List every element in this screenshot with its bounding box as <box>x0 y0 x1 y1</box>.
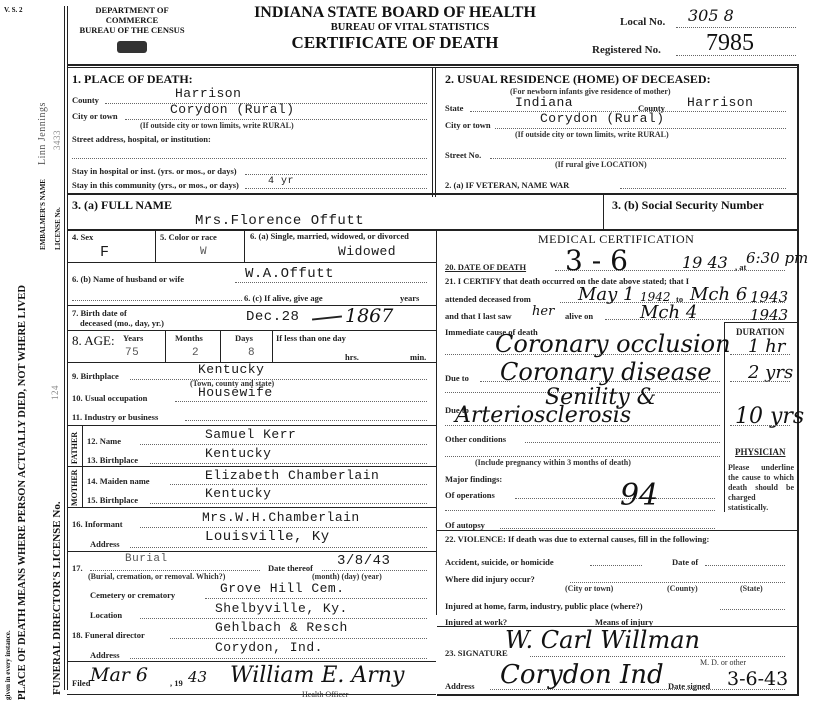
form-code: V. S. 2 <box>4 6 23 14</box>
health-officer-signature[interactable]: William E. Arny <box>230 663 404 688</box>
center-divider <box>436 230 437 615</box>
bottom-rule-left <box>67 694 436 695</box>
race-divider <box>244 230 245 262</box>
mother-bp-label: 15. Birthplace <box>87 495 138 505</box>
burial-num: 17. <box>72 563 83 573</box>
father-mother-divider <box>67 466 436 467</box>
funeral-director-license-label: FUNERAL DIRECTOR'S LICENSE No. <box>51 501 63 695</box>
ssn-label: 3. (b) Social Security Number <box>612 198 764 213</box>
birth-date-value[interactable]: Dec.28 <box>246 309 299 325</box>
census-seal-icon <box>117 41 147 53</box>
signature-label: 23. SIGNATURE <box>445 648 508 658</box>
sex-label: 4. Sex <box>72 232 93 242</box>
industry-label: 11. Industry or business <box>72 412 158 422</box>
immediate-dur-line <box>730 354 790 355</box>
burial-date-value[interactable]: 3/8/43 <box>337 553 390 569</box>
pod-city-line <box>125 119 427 120</box>
due2-line <box>445 425 720 426</box>
less-than-day-label: If less than one day <box>276 333 346 343</box>
center-divider-top <box>432 67 433 197</box>
right-border <box>797 64 799 694</box>
where-injury-label: Where did injury occur? <box>445 574 535 584</box>
birth-date-label-1: 7. Birth date of <box>72 308 127 318</box>
informant-address-line <box>130 547 427 548</box>
location-line <box>140 618 427 619</box>
dept-line2: BUREAU OF THE CENSUS <box>72 25 192 35</box>
pod-street-label: Street address, hospital, or institution… <box>72 134 211 144</box>
pod-stay-comm-label: Stay in this community (yrs., or mos., o… <box>72 180 239 190</box>
row-rule-filed <box>67 661 436 662</box>
father-name-line <box>140 444 427 445</box>
pod-city-value[interactable]: Corydon (Rural) <box>170 102 295 117</box>
veteran-line <box>620 188 786 189</box>
res-street-label: Street No. <box>445 150 481 160</box>
embalmer-name-label: EMBALMER'S NAME <box>39 179 47 250</box>
spouse-age-label: 6. (c) If alive, give age <box>244 293 323 303</box>
where-state-note: (State) <box>740 584 763 593</box>
registered-no-value: 7985 <box>706 30 754 57</box>
min-label: min. <box>410 352 426 362</box>
spouse-line2 <box>72 300 242 301</box>
veteran-label: 2. (a) IF VETERAN, NAME WAR <box>445 180 569 190</box>
signature-line <box>530 656 785 657</box>
registered-no-label: Registered No. <box>592 44 661 56</box>
informant-label: 16. Informant <box>72 519 123 529</box>
margin-instruction-small: given in every instance. <box>4 630 12 700</box>
full-name-value[interactable]: Mrs.Florence Offutt <box>195 213 364 229</box>
last-saw-pronoun[interactable]: her <box>532 304 554 319</box>
header-rule <box>67 64 797 66</box>
physician-signature[interactable]: W. Carl Willman <box>505 626 700 654</box>
spouse-years-label: years <box>400 293 419 303</box>
burial-date-note: (month) (day) (year) <box>312 572 382 581</box>
local-no-line <box>676 27 796 28</box>
margin-instruction-text: PLACE OF DEATH MEANS WHERE PERSON ACTUAL… <box>17 285 28 700</box>
death-date-value[interactable]: 3 - 6 <box>565 244 628 277</box>
violence-date-label: Date of <box>672 557 698 567</box>
spouse-label: 6. (b) Name of husband or wife <box>72 274 184 284</box>
bureau-title: BUREAU OF VITAL STATISTICS <box>280 22 540 33</box>
marital-value[interactable]: Widowed <box>338 244 396 259</box>
father-bp-line <box>150 463 427 464</box>
last-saw-date[interactable]: Mch 4 <box>640 302 697 323</box>
place-of-death-heading: 1. PLACE OF DEATH: <box>72 72 193 87</box>
where-city-note: (City or town) <box>565 584 613 593</box>
bottom-rule <box>437 694 799 696</box>
death-date-label: 20. DATE OF DEATH <box>445 262 526 272</box>
operations-line2 <box>445 510 715 511</box>
filed-label: Filed <box>72 678 90 688</box>
mother-bp-value[interactable]: Kentucky <box>205 486 271 501</box>
burial-method-value[interactable]: Burial <box>125 553 168 565</box>
margin-border <box>64 6 65 690</box>
where-injury-line <box>570 582 785 583</box>
date-signed-value[interactable]: 3-6-43 <box>727 668 788 690</box>
filed-date[interactable]: Mar 6 <box>90 664 148 686</box>
res-county-value[interactable]: Harrison <box>687 95 753 110</box>
attended-to-year[interactable]: 1943 <box>750 288 788 306</box>
duration-box-top <box>724 322 797 323</box>
row-rule-8 <box>67 330 436 331</box>
physician-address-value[interactable]: Corydon Ind <box>500 660 664 690</box>
father-name-label: 12. Name <box>87 436 121 446</box>
row-rule-17 <box>67 551 436 552</box>
marital-label: 6. (a) Single, married, widowed, or divo… <box>250 232 420 241</box>
res-state-value[interactable]: Indiana <box>515 95 573 110</box>
other-line2 <box>445 456 720 457</box>
res-city-line <box>495 128 786 129</box>
birthplace-value[interactable]: Kentucky <box>198 362 264 377</box>
attended-label: attended deceased from <box>445 294 531 304</box>
pod-county-label: County <box>72 95 99 105</box>
funeral-address-value[interactable]: Corydon, Ind. <box>215 640 323 655</box>
age-days-col: Days <box>235 333 253 343</box>
res-city-label: City or town <box>445 120 491 130</box>
location-value[interactable]: Shelbyville, Ky. <box>215 601 348 616</box>
dept-line1: DEPARTMENT OF COMMERCE <box>72 5 192 25</box>
father-name-value[interactable]: Samuel Kerr <box>205 427 296 442</box>
spouse-value[interactable]: W.A.Offutt <box>245 266 334 282</box>
informant-address-label: Address <box>90 539 120 549</box>
pregnancy-note: (Include pregnancy within 3 months of de… <box>475 458 631 467</box>
mother-name-line <box>170 484 427 485</box>
birthplace-label: 9. Birthplace <box>72 371 119 381</box>
age-months-col: Months <box>175 333 203 343</box>
board-title: INDIANA STATE BOARD OF HEALTH <box>250 4 540 22</box>
age-div3 <box>272 330 273 362</box>
age-years-value[interactable]: 75 <box>125 347 139 359</box>
funeral-director-label: 18. Funeral director <box>72 630 145 640</box>
autopsy-line <box>500 528 715 529</box>
industry-line <box>185 420 427 421</box>
section-rule-4 <box>67 229 797 231</box>
birth-year-value[interactable]: 1867 <box>345 305 393 327</box>
md-or-other-label: M. D. or other <box>700 658 746 667</box>
due1-duration[interactable]: 2 yrs <box>748 362 793 383</box>
filed-year[interactable]: 43 <box>188 668 207 686</box>
father-bp-value[interactable]: Kentucky <box>205 446 271 461</box>
license-no-value: 3433 <box>52 130 62 150</box>
burial-date-label: Date thereof <box>268 563 313 573</box>
mother-tag: MOTHER <box>70 470 79 506</box>
major-findings-label: Major findings: <box>445 474 502 484</box>
operations-mark[interactable]: 94 <box>620 478 658 513</box>
age-years-col: Years <box>123 333 143 343</box>
funeral-address-line <box>130 658 427 659</box>
accident-line <box>590 565 642 566</box>
embalmer-name-value: Linn Jennings <box>37 102 48 165</box>
hrs-label: hrs. <box>345 352 359 362</box>
funeral-address-label: Address <box>90 650 120 660</box>
residence-heading: 2. USUAL RESIDENCE (HOME) OF DECEASED: <box>445 72 711 87</box>
other-line <box>525 442 720 443</box>
burial-method-line <box>90 570 260 571</box>
department-header: DEPARTMENT OF COMMERCE BUREAU OF THE CEN… <box>72 5 192 53</box>
operations-label: Of operations <box>445 490 495 500</box>
res-city-note: (If outside city or town limits, write R… <box>515 130 669 139</box>
cemetery-line <box>205 598 427 599</box>
cemetery-value[interactable]: Grove Hill Cem. <box>220 581 345 596</box>
pod-stay-hosp-line <box>245 174 427 175</box>
local-no-label: Local No. <box>620 16 665 28</box>
father-bp-label: 13. Birthplace <box>87 455 138 465</box>
father-tag: FATHER <box>70 432 79 464</box>
funeral-director-license-value: 124 <box>50 385 60 400</box>
race-label: 5. Color or race <box>160 232 217 242</box>
registered-no-line <box>676 55 796 56</box>
birth-date-label-2: deceased (mo., day, yr.) <box>80 318 164 328</box>
age-months-value[interactable]: 2 <box>192 347 199 359</box>
occupation-label: 10. Usual occupation <box>72 393 147 403</box>
location-label: Location <box>90 610 122 620</box>
mother-name-label: 14. Maiden name <box>87 476 150 486</box>
race-value[interactable]: W <box>200 246 207 258</box>
pod-city-note: (If outside city or town limits, write R… <box>140 121 294 130</box>
mother-name-value[interactable]: Elizabeth Chamberlain <box>205 468 379 483</box>
burial-method-note: (Burial, cremation, or removal. Which?) <box>88 572 225 581</box>
informant-address-value[interactable]: Louisville, Ky <box>205 529 330 545</box>
autopsy-label: Of autopsy <box>445 520 485 530</box>
center-divider-top2 <box>435 67 436 197</box>
attended-from-value[interactable]: May 1 <box>578 284 635 305</box>
physician-address-label: Address <box>445 681 475 691</box>
pod-stay-hosp-label: Stay in hospital or inst. (yrs. or mos.,… <box>72 166 237 176</box>
res-street-line <box>490 158 786 159</box>
due1-dur-line <box>730 381 790 382</box>
license-no-label: LICENSE No. <box>54 207 62 250</box>
funeral-director-line <box>170 638 427 639</box>
where-county-note: (County) <box>667 584 698 593</box>
ssn-divider <box>603 194 604 230</box>
sex-divider <box>155 230 156 262</box>
violence-date-line <box>705 565 785 566</box>
date-signed-label: Date signed <box>668 681 710 691</box>
accident-label: Accident, suicide, or homicide <box>445 557 554 567</box>
row-rule-6b <box>67 262 436 263</box>
res-state-label: State <box>445 103 463 113</box>
informant-line <box>140 527 427 528</box>
margin-border-inner <box>67 6 68 690</box>
pod-county-value[interactable]: Harrison <box>175 86 241 101</box>
violence-heading: 22. VIOLENCE: If death was due to extern… <box>445 534 785 544</box>
certify-text: 21. I CERTIFY that death occurred on the… <box>445 276 689 286</box>
birthplace-line <box>130 379 427 380</box>
death-time-value[interactable]: 6:30 pm <box>746 249 808 267</box>
alive-on-label: alive on <box>565 311 593 321</box>
section-rule-3 <box>67 193 797 195</box>
due2-dur-line <box>730 425 790 426</box>
age-div2 <box>220 330 221 362</box>
pod-stay-comm-value[interactable]: 4 yr <box>268 176 294 187</box>
last-saw-label: and that I last saw <box>445 311 512 321</box>
immediate-cause-value[interactable]: Coronary occlusion <box>495 330 731 358</box>
mother-bp-line <box>150 503 427 504</box>
physician-title: PHYSICIAN <box>735 447 786 457</box>
other-conditions-label: Other conditions <box>445 434 506 444</box>
injured-at-label: Injured at home, farm, industry, public … <box>445 601 643 611</box>
certificate-title: CERTIFICATE OF DEATH <box>250 33 540 53</box>
spouse-line <box>235 282 427 283</box>
age-days-value[interactable]: 8 <box>248 347 255 359</box>
injured-at-line <box>720 609 785 610</box>
due-to-label-1: Due to <box>445 373 469 383</box>
res-street-note: (If rural give LOCATION) <box>555 160 647 169</box>
sex-value[interactable]: F <box>100 244 110 261</box>
birth-date-strikeout <box>312 315 342 320</box>
filed-year-prefix: , 19 <box>170 678 183 688</box>
pod-street-line <box>72 158 427 159</box>
due1-value[interactable]: Coronary disease <box>500 358 712 386</box>
full-name-label: 3. (a) FULL NAME <box>72 198 172 213</box>
operations-line <box>515 498 715 499</box>
burial-date-line <box>322 570 427 571</box>
violence-rule <box>437 530 797 531</box>
death-year-value[interactable]: 19 43 <box>682 253 728 272</box>
cemetery-label: Cemetery or crematory <box>90 590 175 600</box>
funeral-director-value[interactable]: Gehlbach & Resch <box>215 620 348 635</box>
title-block: INDIANA STATE BOARD OF HEALTH BUREAU OF … <box>250 4 540 53</box>
row-rule-12 <box>67 425 436 426</box>
informant-value[interactable]: Mrs.W.H.Chamberlain <box>202 510 360 525</box>
row-rule-16 <box>67 507 436 508</box>
physician-note: Please underline the cause to which deat… <box>728 463 794 513</box>
res-city-value[interactable]: Corydon (Rural) <box>540 111 665 126</box>
pod-city-label: City or town <box>72 111 118 121</box>
attended-to-value[interactable]: Mch 6 <box>690 284 747 305</box>
age-label: 8. AGE: <box>72 333 115 349</box>
age-div1 <box>165 330 166 362</box>
local-no-value: 305 8 <box>688 6 734 25</box>
occupation-line <box>175 401 427 402</box>
death-time-label: , at <box>735 262 746 272</box>
pod-stay-comm-line <box>245 188 427 189</box>
occupation-value[interactable]: Housewife <box>198 385 273 400</box>
